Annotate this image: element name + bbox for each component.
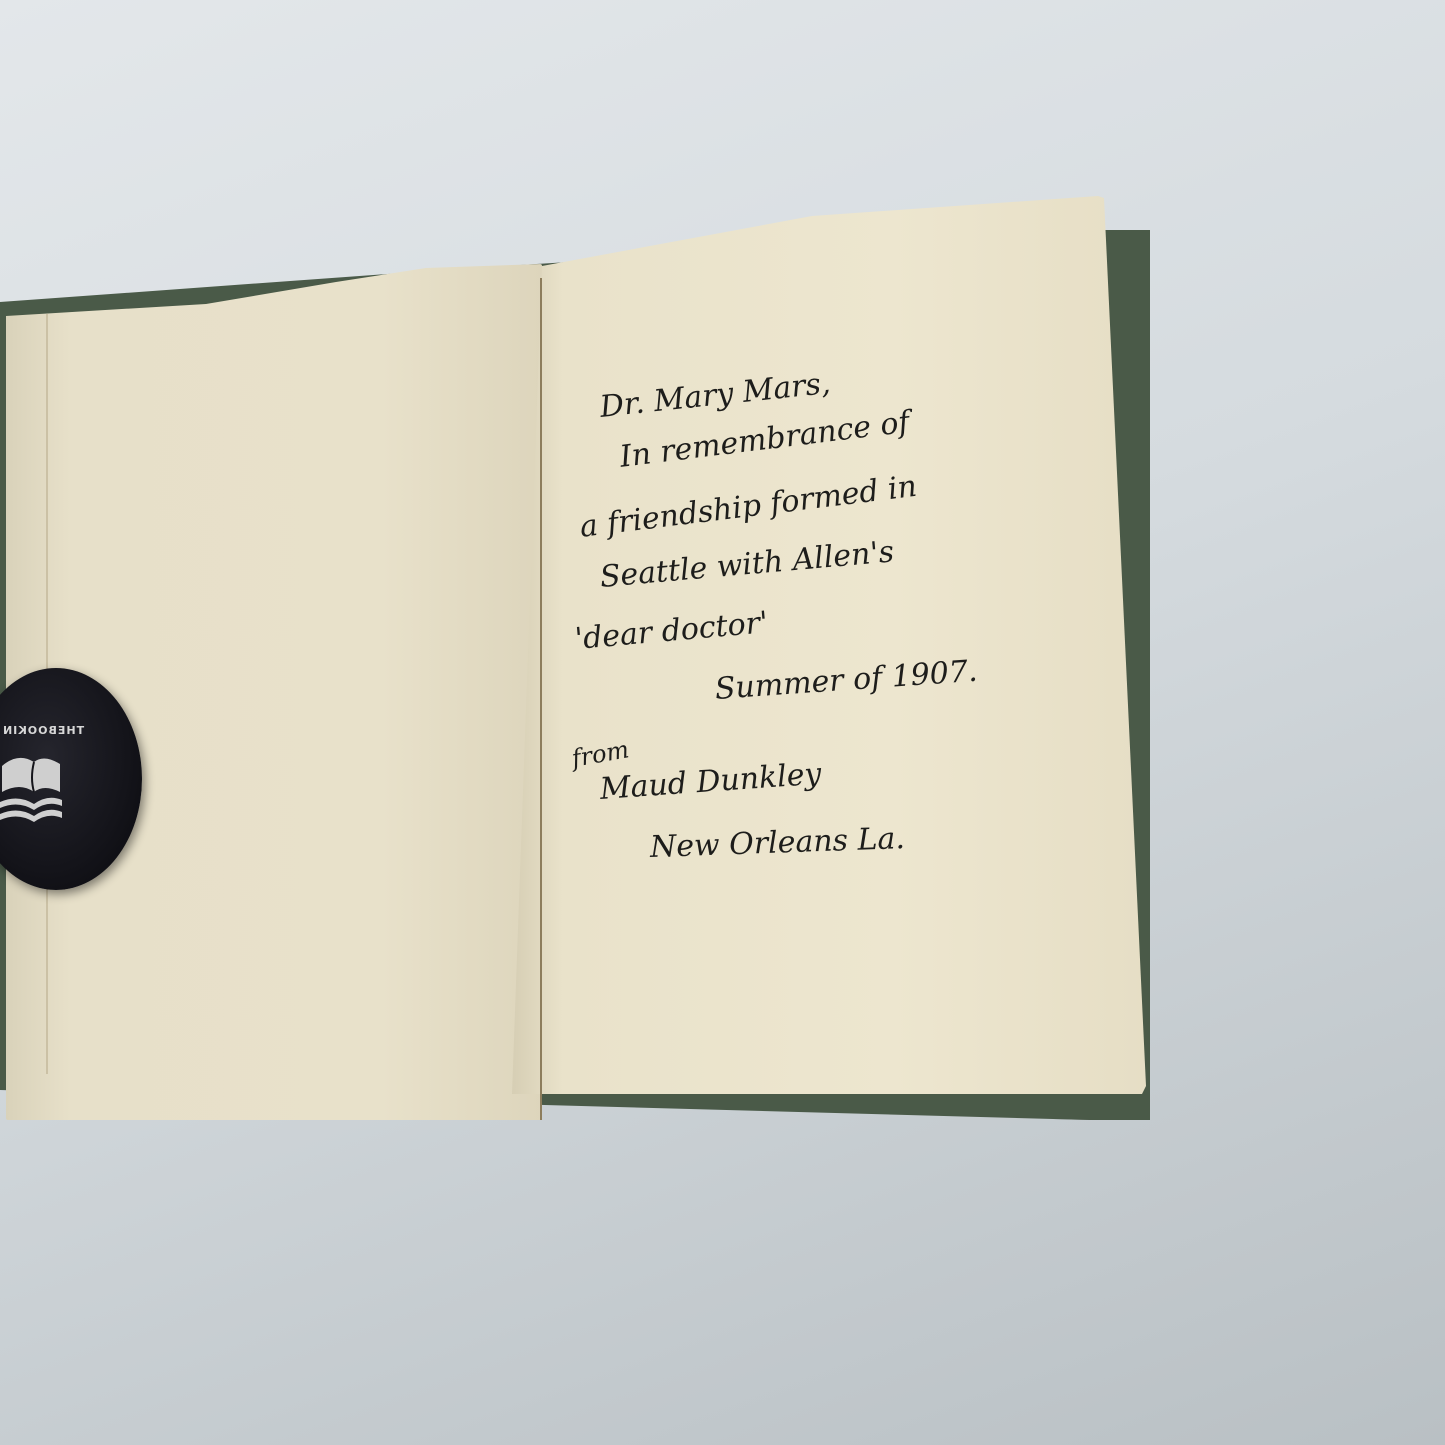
inscription-line: 'dear doctor' [573,605,769,657]
inscription-signature: Maud Dunkley [599,757,823,807]
inscription-line: a friendship formed in [578,469,919,545]
inscription-line: Seattle with Allen's [598,534,895,595]
inscription-location: New Orleans La. [649,821,905,865]
book-gutter [540,278,542,1120]
inscription-line: Dr. Mary Mars, [598,366,832,425]
inscription-line: from [570,735,632,773]
photo-scene: Dr. Mary Mars, In remembrance of a frien… [0,0,1445,1445]
inscription-date: Summer of 1907. [714,654,979,707]
handwritten-inscription: Dr. Mary Mars, In remembrance of a frien… [560,360,1080,880]
books-logo-icon [0,748,70,822]
badge-text: THEBOOKIN [2,724,84,737]
